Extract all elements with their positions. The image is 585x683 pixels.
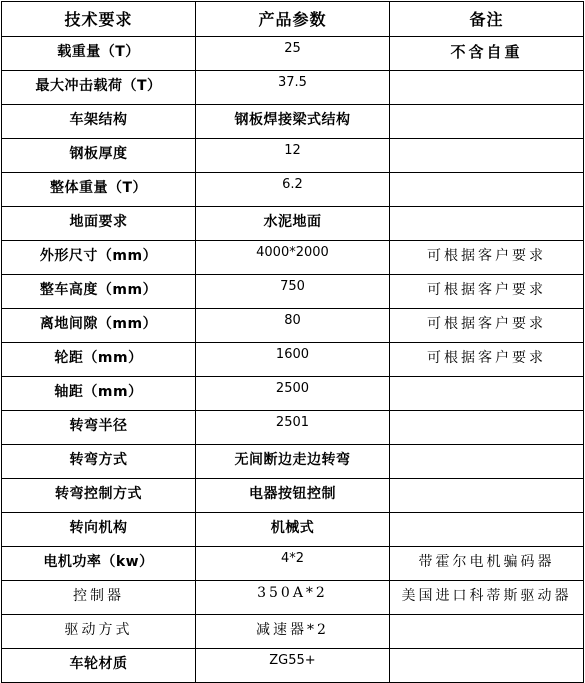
header-cell-note: 备注 [389, 2, 583, 37]
table-row: 整车高度（mm）750可根据客户要求 [2, 275, 584, 309]
note-cell [389, 71, 583, 105]
note-cell [389, 377, 583, 411]
table-row: 钢板厚度12 [2, 139, 584, 173]
header-cell-requirement: 技术要求 [2, 2, 196, 37]
table-row: 地面要求水泥地面 [2, 207, 584, 241]
table-row: 转弯方式无间断边走边转弯 [2, 445, 584, 479]
note-cell [389, 479, 583, 513]
note-cell [389, 207, 583, 241]
table-row: 车轮材质ZG55+ [2, 649, 584, 683]
requirement-cell: 整车高度（mm） [2, 275, 196, 309]
table-row: 控制器350A*2美国进口科蒂斯驱动器 [2, 581, 584, 615]
parameter-cell: 1600 [195, 343, 389, 377]
parameter-cell: 25 [195, 37, 389, 71]
requirement-cell: 轴距（mm） [2, 377, 196, 411]
requirement-cell: 转弯方式 [2, 445, 196, 479]
requirement-cell: 最大冲击载荷（T） [2, 71, 196, 105]
parameter-cell: 减速器*2 [195, 615, 389, 649]
note-cell: 不含自重 [389, 37, 583, 71]
parameter-cell: 无间断边走边转弯 [195, 445, 389, 479]
note-cell: 带霍尔电机骗码器 [389, 547, 583, 581]
requirement-cell: 转弯半径 [2, 411, 196, 445]
parameter-cell: 2500 [195, 377, 389, 411]
requirement-cell: 车架结构 [2, 105, 196, 139]
table-row: 转弯半径2501 [2, 411, 584, 445]
table-row: 电机功率（kw）4*2带霍尔电机骗码器 [2, 547, 584, 581]
requirement-cell: 车轮材质 [2, 649, 196, 683]
parameter-cell: ZG55+ [195, 649, 389, 683]
parameter-cell: 80 [195, 309, 389, 343]
requirement-cell: 电机功率（kw） [2, 547, 196, 581]
header-row: 技术要求 产品参数 备注 [2, 2, 584, 37]
table-row: 驱动方式减速器*2 [2, 615, 584, 649]
requirement-cell: 载重量（T） [2, 37, 196, 71]
parameter-cell: 750 [195, 275, 389, 309]
note-cell [389, 411, 583, 445]
note-cell: 美国进口科蒂斯驱动器 [389, 581, 583, 615]
table-row: 整体重量（T）6.2 [2, 173, 584, 207]
spec-table: 技术要求 产品参数 备注 载重量（T）25不含自重最大冲击载荷（T）37.5车架… [1, 1, 584, 683]
parameter-cell: 350A*2 [195, 581, 389, 615]
parameter-cell: 37.5 [195, 71, 389, 105]
requirement-cell: 转弯控制方式 [2, 479, 196, 513]
note-cell [389, 105, 583, 139]
table-row: 最大冲击载荷（T）37.5 [2, 71, 584, 105]
table-row: 轮距（mm）1600可根据客户要求 [2, 343, 584, 377]
table-row: 离地间隙（mm）80可根据客户要求 [2, 309, 584, 343]
note-cell: 可根据客户要求 [389, 241, 583, 275]
table-row: 车架结构钢板焊接梁式结构 [2, 105, 584, 139]
requirement-cell: 驱动方式 [2, 615, 196, 649]
note-cell: 可根据客户要求 [389, 275, 583, 309]
table-row: 轴距（mm）2500 [2, 377, 584, 411]
parameter-cell: 4*2 [195, 547, 389, 581]
spec-table-body: 载重量（T）25不含自重最大冲击载荷（T）37.5车架结构钢板焊接梁式结构钢板厚… [2, 37, 584, 683]
table-row: 转弯控制方式电器按钮控制 [2, 479, 584, 513]
note-cell [389, 139, 583, 173]
requirement-cell: 控制器 [2, 581, 196, 615]
note-cell: 可根据客户要求 [389, 309, 583, 343]
requirement-cell: 地面要求 [2, 207, 196, 241]
requirement-cell: 整体重量（T） [2, 173, 196, 207]
note-cell [389, 615, 583, 649]
header-cell-parameter: 产品参数 [195, 2, 389, 37]
parameter-cell: 机械式 [195, 513, 389, 547]
table-row: 转向机构机械式 [2, 513, 584, 547]
requirement-cell: 外形尺寸（mm） [2, 241, 196, 275]
parameter-cell: 钢板焊接梁式结构 [195, 105, 389, 139]
requirement-cell: 离地间隙（mm） [2, 309, 196, 343]
parameter-cell: 4000*2000 [195, 241, 389, 275]
note-cell [389, 173, 583, 207]
note-cell: 可根据客户要求 [389, 343, 583, 377]
requirement-cell: 钢板厚度 [2, 139, 196, 173]
table-row: 外形尺寸（mm）4000*2000可根据客户要求 [2, 241, 584, 275]
note-cell [389, 513, 583, 547]
parameter-cell: 水泥地面 [195, 207, 389, 241]
note-cell [389, 445, 583, 479]
spec-table-head: 技术要求 产品参数 备注 [2, 2, 584, 37]
parameter-cell: 6.2 [195, 173, 389, 207]
note-cell [389, 649, 583, 683]
requirement-cell: 转向机构 [2, 513, 196, 547]
parameter-cell: 电器按钮控制 [195, 479, 389, 513]
spec-sheet-page: 技术要求 产品参数 备注 载重量（T）25不含自重最大冲击载荷（T）37.5车架… [0, 1, 585, 640]
requirement-cell: 轮距（mm） [2, 343, 196, 377]
parameter-cell: 2501 [195, 411, 389, 445]
parameter-cell: 12 [195, 139, 389, 173]
table-row: 载重量（T）25不含自重 [2, 37, 584, 71]
